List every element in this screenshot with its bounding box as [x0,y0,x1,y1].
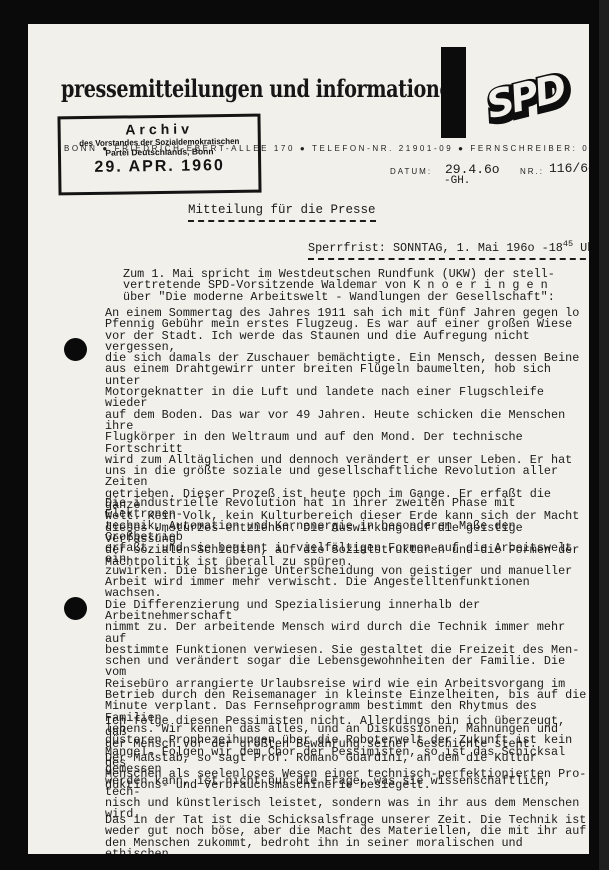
datum-label: DATUM: [390,167,432,176]
ref-initials: -GH. [444,175,470,187]
punch-hole-bottom [64,597,87,620]
embargo-superscript: 45 [563,239,573,249]
body-paragraph-4: Der Maßstab, so sagt Prof. Romano Guardi… [105,753,589,821]
masthead-title: pressemitteilungen und informationen [61,74,465,103]
stamp-date: 29. APR. 1960 [61,157,258,178]
body-paragraph-5: Das in der Tat ist die Schicksalsfrage u… [105,815,589,854]
punch-hole-top [64,338,87,361]
spd-logo-text: SPD [482,65,570,127]
heading-dashed-underline [188,220,376,222]
embargo-dashed-underline [308,258,589,260]
press-notice-heading: Mitteilung für die Presse [188,203,376,217]
spd-logo-icon: SPD SPD [475,62,571,130]
masthead-address-line: BONN ● FRIEDRICH-EBERT-ALLEE 170 ● TELEF… [64,144,589,153]
nr-label: NR.: [520,167,544,176]
document-page: pressemitteilungen und informationen SPD… [28,24,589,854]
scanned-press-release: pressemitteilungen und informationen SPD… [0,0,609,870]
embargo-line: Sperrfrist: SONNTAG, 1. Mai 196o -1845 U… [308,239,589,255]
nr-value: 116/6o [549,161,589,176]
archive-stamp: Archiv des Vorstandes der Sozialdemokrat… [57,114,261,196]
body-paragraph-3: Ich folge diesen Pessimisten nicht. Alle… [105,716,589,750]
embargo-text: Sperrfrist: SONNTAG, 1. Mai 196o -18 [308,241,563,255]
intro-paragraph: Zum 1. Mai spricht im Westdeutschen Rund… [123,269,555,303]
embargo-suffix: Uhr- [573,241,589,255]
masthead-divider-bar [441,47,466,138]
scan-edge-strip [599,0,609,870]
